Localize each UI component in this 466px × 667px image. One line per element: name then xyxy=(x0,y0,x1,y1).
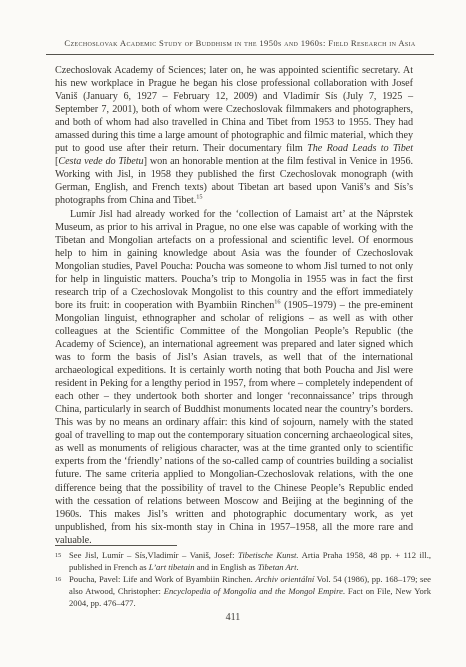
italic-text-run: Cesta vede do Tibetu xyxy=(58,156,143,167)
italic-text-run: Archiv orientální xyxy=(255,574,314,584)
italic-text-run: Tibetische Kunst. xyxy=(238,550,299,560)
text-run: See Jisl, Lumír – Sís,Vladimír – Vaniš, … xyxy=(69,550,238,560)
paragraph: Czechoslovak Academy of Sciences; later … xyxy=(55,64,413,208)
text-run: Poucha, Pavel: Life and Work of Byambiin… xyxy=(69,574,255,584)
text-run: Czechoslovak Academy of Sciences; later … xyxy=(55,65,413,154)
footnote-rule xyxy=(55,545,177,546)
document-page: Czechoslovak Academic Study of Buddhism … xyxy=(0,0,466,667)
italic-text-run: Tibetan Art xyxy=(258,562,297,572)
footnote-number: 15 xyxy=(55,549,69,573)
footnote-text: Poucha, Pavel: Life and Work of Byambiin… xyxy=(69,573,431,609)
page-number: 411 xyxy=(0,612,466,623)
footnote-text: See Jisl, Lumír – Sís,Vladimír – Vaniš, … xyxy=(69,549,431,573)
footnotes: 15See Jisl, Lumír – Sís,Vladimír – Vaniš… xyxy=(55,549,431,609)
footnote: 16Poucha, Pavel: Life and Work of Byambi… xyxy=(55,573,431,609)
italic-text-run: Encyclopedia of Mongolia and the Mongol … xyxy=(164,586,343,596)
footnote-number: 16 xyxy=(55,573,69,609)
italic-text-run: The Road Leads to Tibet xyxy=(307,143,413,154)
body-text: Czechoslovak Academy of Sciences; later … xyxy=(55,64,413,547)
text-run: Lumír Jisl had already worked for the ‘c… xyxy=(55,209,413,311)
header-rule xyxy=(46,54,434,55)
footnote: 15See Jisl, Lumír – Sís,Vladimír – Vaniš… xyxy=(55,549,431,573)
paragraph: Lumír Jisl had already worked for the ‘c… xyxy=(55,208,413,547)
running-head: Czechoslovak Academic Study of Buddhism … xyxy=(46,38,434,48)
text-run: (1905–1979) – the pre-eminent Mongolian … xyxy=(55,300,413,546)
text-run: . xyxy=(297,562,299,572)
footnote-marker: 15 xyxy=(196,194,202,201)
italic-text-run: L’art tibetain xyxy=(149,562,195,572)
text-run: and in English as xyxy=(195,562,258,572)
